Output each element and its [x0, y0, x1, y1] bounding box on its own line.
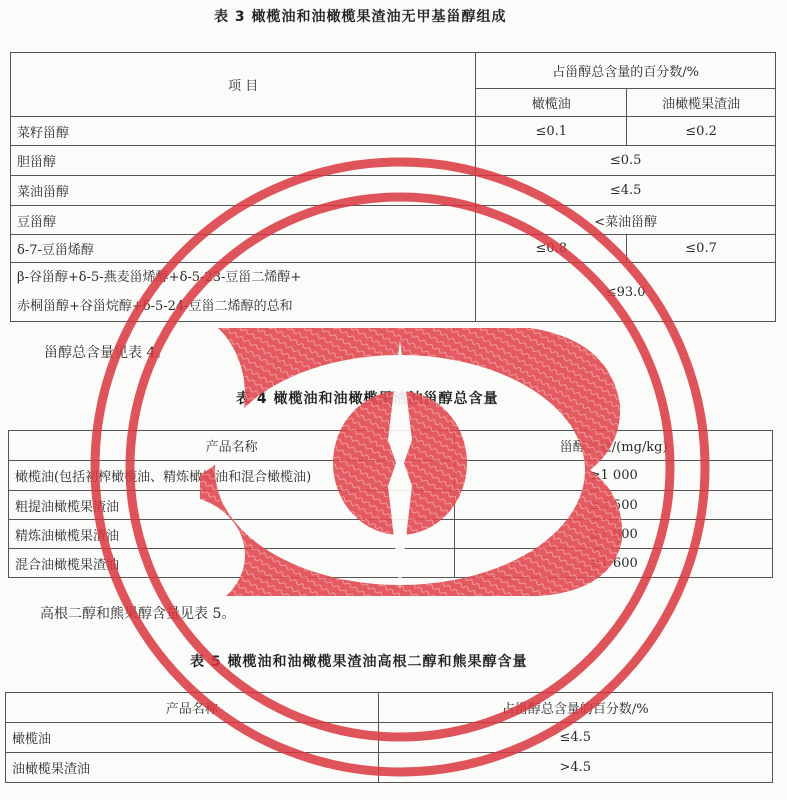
table3-header-item: 项 目: [11, 53, 476, 117]
row-olive-oil-value: ≤0.1: [476, 117, 627, 146]
table4: 产品名称 甾醇含量/(mg/kg) 橄榄油(包括初榨橄榄油、精炼橄榄油和混合橄榄…: [8, 430, 773, 578]
table-row: 混合油橄榄果渣油 ≥1 600: [9, 549, 773, 578]
table-row: 精炼油橄榄果渣油 ≥1 800: [9, 520, 773, 549]
row-pomace-oil-value: ≤0.2: [627, 117, 776, 146]
row-value: ≥2 500: [455, 491, 773, 520]
row-product: 橄榄油(包括初榨橄榄油、精炼橄榄油和混合橄榄油): [9, 461, 455, 491]
table5-header-content: 占甾醇总含量的百分数/%: [378, 693, 773, 723]
table-row: 橄榄油 ≤4.5: [6, 723, 773, 753]
table3: 项 目 占甾醇总含量的百分数/% 橄榄油 油橄榄果渣油 菜籽甾醇 ≤0.1 ≤0…: [10, 52, 776, 322]
row-item: δ-7-豆甾烯醇: [11, 235, 476, 263]
table-row: 菜籽甾醇 ≤0.1 ≤0.2: [11, 117, 776, 146]
table5-header-product: 产品名称: [6, 693, 379, 723]
row-item: 胆甾醇: [11, 146, 476, 176]
table-row: 粗提油橄榄果渣油 ≥2 500: [9, 491, 773, 520]
row-item: β-谷甾醇+δ-5-燕麦甾烯醇+δ-5-23-豆甾二烯醇+ 赤桐甾醇+谷甾烷醇+…: [11, 263, 476, 322]
table-row: 胆甾醇 ≤0.5: [11, 146, 776, 176]
row-pomace-oil-value: ≤0.7: [627, 235, 776, 263]
table3-header-olive-oil: 橄榄油: [476, 89, 627, 117]
row-item: 菜籽甾醇: [11, 117, 476, 146]
row-item-line1: β-谷甾醇+δ-5-燕麦甾烯醇+δ-5-23-豆甾二烯醇+: [17, 263, 469, 292]
row-merged-value: <菜油甾醇: [476, 206, 776, 235]
table-row: 豆甾醇 <菜油甾醇: [11, 206, 776, 235]
paragraph-erythrodiol: 高根二醇和熊果醇含量见表 5。: [40, 603, 235, 623]
row-product: 精炼油橄榄果渣油: [9, 520, 455, 549]
row-product: 油橄榄果渣油: [6, 753, 379, 783]
table-row: 橄榄油(包括初榨橄榄油、精炼橄榄油和混合橄榄油) ≥1 000: [9, 461, 773, 491]
table-row: 菜油甾醇 ≤4.5: [11, 176, 776, 206]
row-item-line2: 赤桐甾醇+谷甾烷醇+δ-5-24-豆甾二烯醇的总和: [17, 292, 469, 321]
table3-header-group: 占甾醇总含量的百分数/%: [476, 53, 776, 89]
table-row: β-谷甾醇+δ-5-燕麦甾烯醇+δ-5-23-豆甾二烯醇+ 赤桐甾醇+谷甾烷醇+…: [11, 263, 776, 322]
table4-header-content: 甾醇含量/(mg/kg): [455, 431, 773, 461]
row-item: 豆甾醇: [11, 206, 476, 235]
table5-caption: 表 5 橄榄油和油橄榄果渣油高根二醇和熊果醇含量: [190, 651, 528, 671]
row-merged-value: ≤0.5: [476, 146, 776, 176]
row-value: ≤4.5: [378, 723, 773, 753]
row-product: 橄榄油: [6, 723, 379, 753]
table5: 产品名称 占甾醇总含量的百分数/% 橄榄油 ≤4.5 油橄榄果渣油 >4.5: [5, 692, 773, 783]
row-value: >4.5: [378, 753, 773, 783]
table3-caption: 表 3 橄榄油和油橄榄果渣油无甲基甾醇组成: [214, 6, 507, 26]
row-item: 菜油甾醇: [11, 176, 476, 206]
table-row: δ-7-豆甾烯醇 ≤0.8 ≤0.7: [11, 235, 776, 263]
row-merged-value: ≤4.5: [476, 176, 776, 206]
row-olive-oil-value: ≤0.8: [476, 235, 627, 263]
row-merged-value: ≤93.0: [476, 263, 776, 322]
table4-header-product: 产品名称: [9, 431, 455, 461]
row-product: 混合油橄榄果渣油: [9, 549, 455, 578]
row-product: 粗提油橄榄果渣油: [9, 491, 455, 520]
row-value: ≥1 800: [455, 520, 773, 549]
table4-caption: 表 4 橄榄油和油橄榄果渣油甾醇总含量: [236, 388, 499, 408]
table3-header-pomace-oil: 油橄榄果渣油: [627, 89, 776, 117]
table-row: 油橄榄果渣油 >4.5: [6, 753, 773, 783]
row-value: ≥1 600: [455, 549, 773, 578]
row-value: ≥1 000: [455, 461, 773, 491]
paragraph-sterol-total: 甾醇总含量见表 4。: [44, 342, 169, 362]
